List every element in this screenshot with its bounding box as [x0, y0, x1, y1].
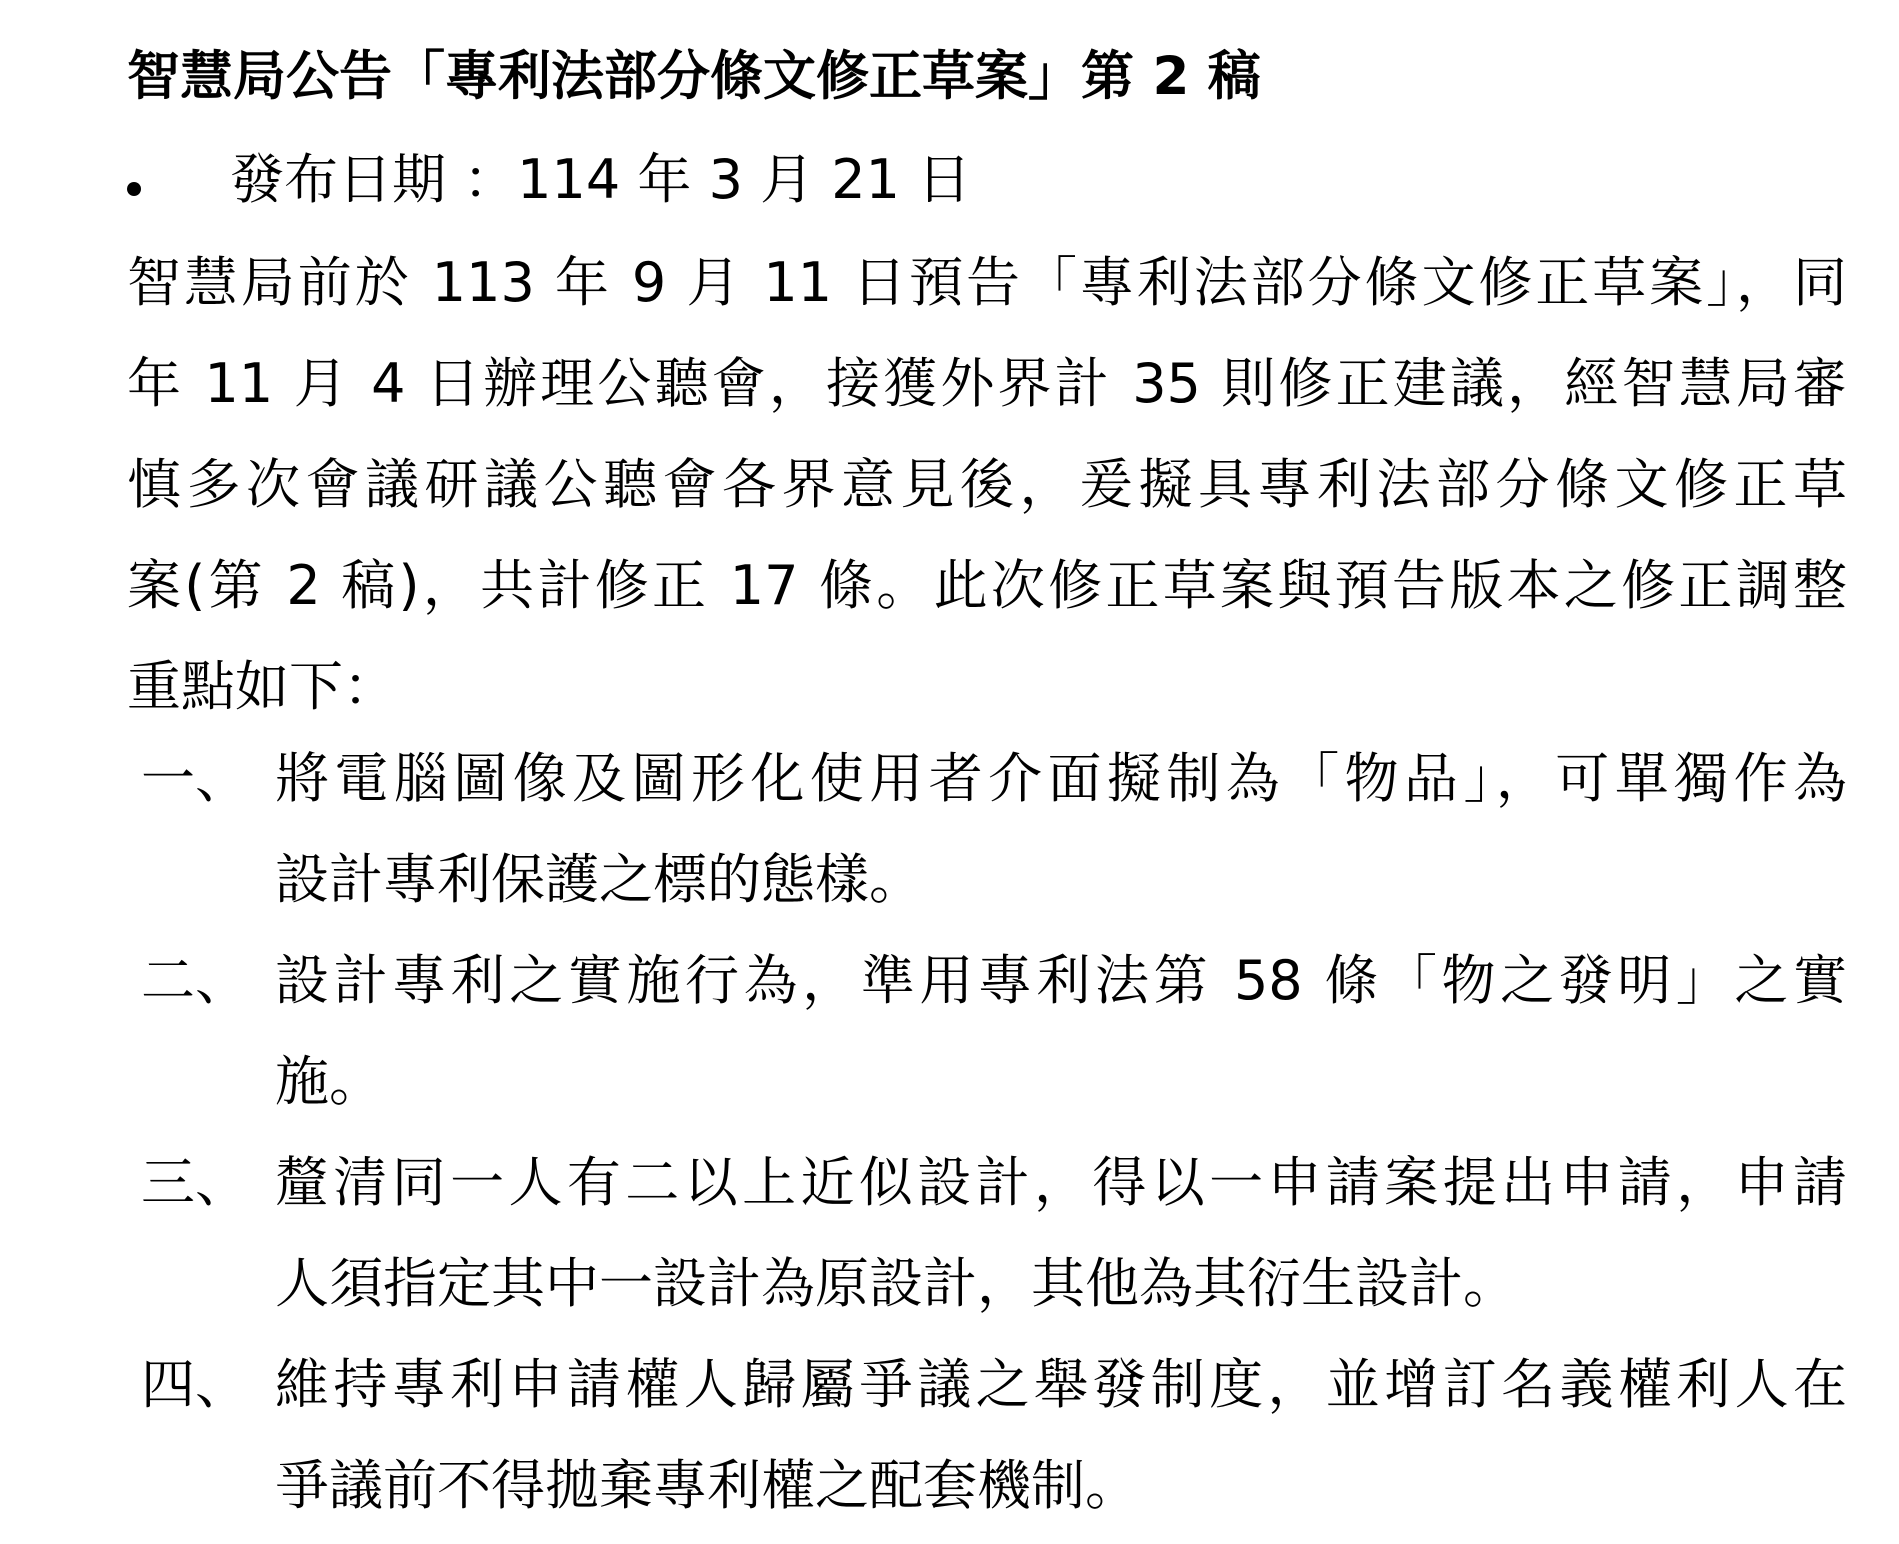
page-title: 智慧局公告「專利法部分條文修正草案」第 2 稿: [127, 42, 1261, 112]
list-item-line: 爭議前不得拋棄專利權之配套機制。: [275, 1435, 1847, 1536]
list-item-body: 維持專利申請權人歸屬爭議之舉發制度，並增訂名義權利人在 爭議前不得拋棄專利權之配…: [275, 1334, 1847, 1536]
list-item-body: 釐清同一人有二以上近似設計，得以一申請案提出申請，申請 人須指定其中一設計為原設…: [275, 1132, 1847, 1334]
list-item: 二、 設計專利之實施行為，準用專利法第 58 條「物之發明」之實 施。: [127, 930, 1847, 1132]
document-page: 智慧局公告「專利法部分條文修正草案」第 2 稿 發布日期 ：114 年 3 月 …: [0, 0, 1899, 1544]
intro-line: 重點如下：: [127, 636, 1847, 737]
amendment-points-list: 一、 將電腦圖像及圖形化使用者介面擬制為「物品」，可單獨作為 設計專利保護之標的…: [127, 728, 1847, 1536]
list-item-body: 設計專利之實施行為，準用專利法第 58 條「物之發明」之實 施。: [275, 930, 1847, 1132]
intro-paragraph: 智慧局前於 113 年 9 月 11 日預告「專利法部分條文修正草案」，同 年 …: [127, 232, 1847, 737]
list-item-line: 設計專利之實施行為，準用專利法第 58 條「物之發明」之實: [275, 930, 1847, 1031]
list-item: 三、 釐清同一人有二以上近似設計，得以一申請案提出申請，申請 人須指定其中一設計…: [127, 1132, 1847, 1334]
list-item-marker: 四、: [141, 1334, 249, 1435]
list-item-line: 人須指定其中一設計為原設計，其他為其衍生設計。: [275, 1233, 1847, 1334]
list-item-line: 釐清同一人有二以上近似設計，得以一申請案提出申請，申請: [275, 1132, 1847, 1233]
intro-line: 案(第 2 稿)，共計修正 17 條。此次修正草案與預告版本之修正調整: [127, 535, 1847, 636]
list-item-body: 將電腦圖像及圖形化使用者介面擬制為「物品」，可單獨作為 設計專利保護之標的態樣。: [275, 728, 1847, 930]
bullet-dot-icon: [127, 182, 141, 196]
list-item-line: 施。: [275, 1031, 1847, 1132]
list-item-line: 設計專利保護之標的態樣。: [275, 829, 1847, 930]
intro-line: 年 11 月 4 日辦理公聽會，接獲外界計 35 則修正建議，經智慧局審: [127, 333, 1847, 434]
publish-date-row: 發布日期 ：114 年 3 月 21 日: [127, 140, 1827, 220]
list-item-line: 維持專利申請權人歸屬爭議之舉發制度，並增訂名義權利人在: [275, 1334, 1847, 1435]
publish-date-text: 發布日期 ：114 年 3 月 21 日: [230, 140, 971, 220]
list-item-marker: 二、: [141, 930, 249, 1031]
list-item-marker: 三、: [141, 1132, 249, 1233]
list-item: 一、 將電腦圖像及圖形化使用者介面擬制為「物品」，可單獨作為 設計專利保護之標的…: [127, 728, 1847, 930]
intro-line: 慎多次會議研議公聽會各界意見後，爰擬具專利法部分條文修正草: [127, 434, 1847, 535]
intro-line: 智慧局前於 113 年 9 月 11 日預告「專利法部分條文修正草案」，同: [127, 232, 1847, 333]
list-item: 四、 維持專利申請權人歸屬爭議之舉發制度，並增訂名義權利人在 爭議前不得拋棄專利…: [127, 1334, 1847, 1536]
list-item-line: 將電腦圖像及圖形化使用者介面擬制為「物品」，可單獨作為: [275, 728, 1847, 829]
list-item-marker: 一、: [141, 728, 249, 829]
